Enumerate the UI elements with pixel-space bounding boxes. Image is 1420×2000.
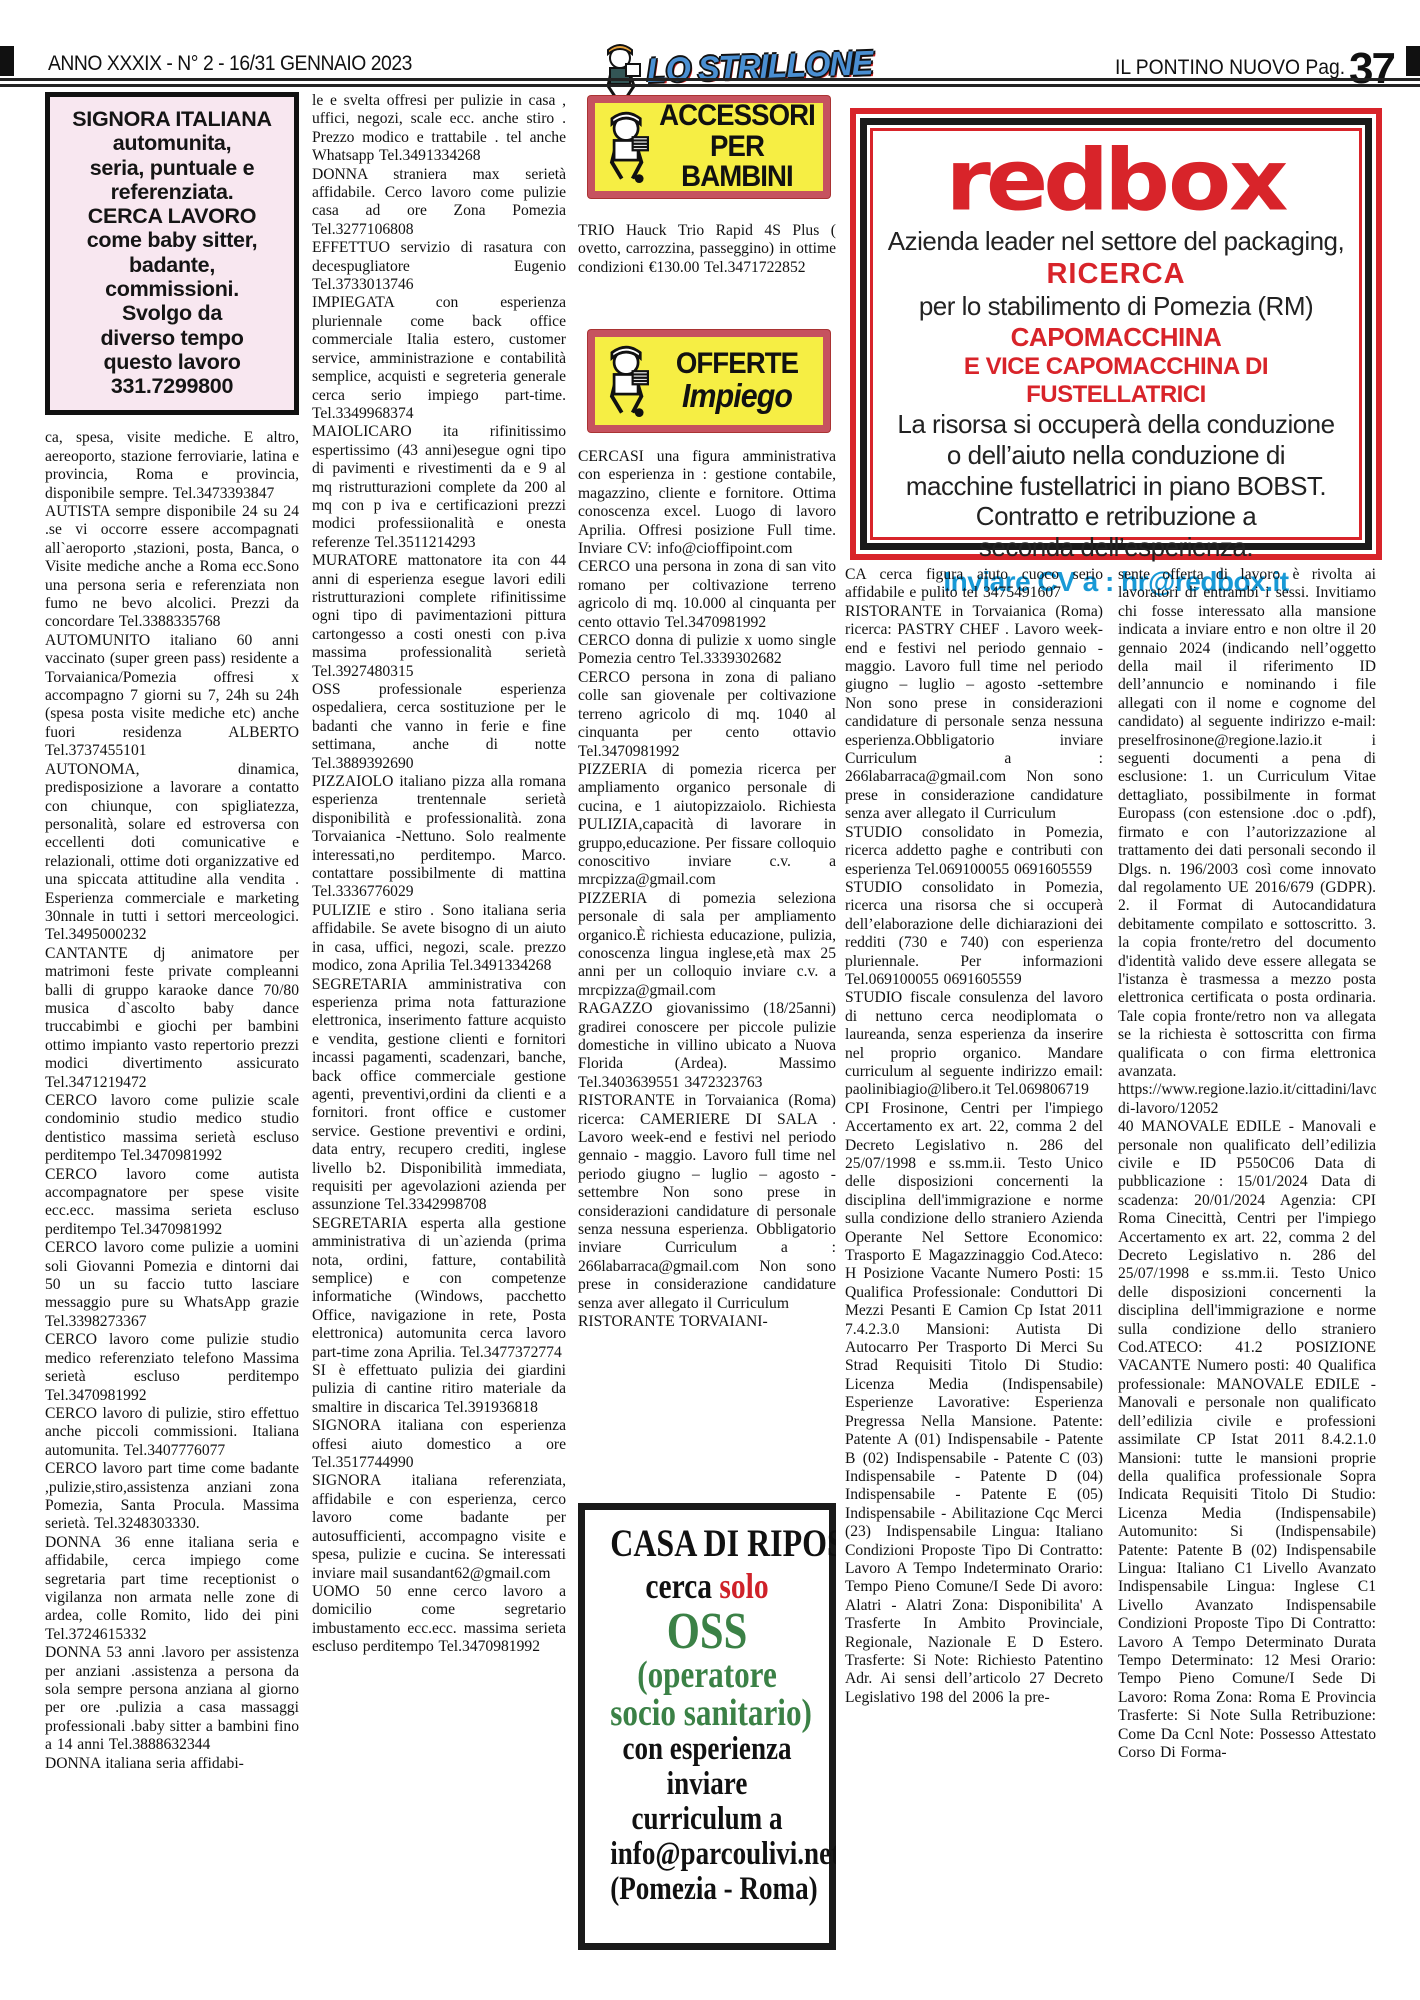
masthead-label: IL PONTINO NUOVO Pag. (1115, 56, 1345, 80)
casa-ad-line: info@parcoulivi.net (610, 1837, 804, 1872)
classified-ad: CERCO una persona in zona di san vito ro… (578, 558, 836, 632)
redbox-intro: Azienda leader nel settore del packaging… (873, 226, 1359, 257)
redbox-logo: redbox (873, 140, 1359, 220)
classified-ad: CERCO lavoro come pulizie studio medico … (45, 1331, 299, 1405)
casa-ad-line: curriculum a (610, 1802, 804, 1837)
casa-oss: OSS (610, 1607, 804, 1656)
classified-ad: AUTONOMA, dinamica, predisposizione a la… (45, 761, 299, 945)
classified-ad: RISTORANTE in Torvaianica (Roma) ricerca… (578, 1092, 836, 1313)
accessori-line-2: PER BAMBINI (658, 132, 816, 194)
classified-ad: IMPIEGATA con esperienza pluriennale com… (312, 294, 566, 423)
classified-ad: DONNA 53 anni .lavoro per assistenza per… (45, 1644, 299, 1754)
classified-ad: SEGRETARIA amministrativa con esperienza… (312, 976, 566, 1215)
column-3-ads: CERCASI una figura amministrativa con es… (578, 448, 836, 1503)
classified-ad: CERCO lavoro part time come badante ,pul… (45, 1460, 299, 1534)
classified-ad: MAIOLICARO ita rifinitissimo espertissim… (312, 423, 566, 552)
classified-ad: CA cerca figura aiuto cuoco serio affida… (845, 566, 1103, 603)
redbox-location: per lo stabilimento di Pomezia (RM) (873, 291, 1359, 322)
signora-italiana-boxed-ad: SIGNORA ITALIANAautomunita,seria, puntua… (45, 92, 299, 415)
classified-ad: SEGRETARIA esperta alla gestione amminis… (312, 1215, 566, 1362)
redbox-description-line: o dell’aiuto nella conduzione di (873, 440, 1359, 471)
classified-ad: SI è effettuato pulizia dei giardini pul… (312, 1362, 566, 1417)
header-rule (0, 78, 1420, 87)
column-5: sente offerta di lavoro è rivolta ai lav… (1118, 566, 1376, 1916)
classified-ad: ca, spesa, visite mediche. E altro, aere… (45, 429, 299, 503)
signora-ad-line: questo lavoro (56, 350, 288, 374)
classified-ad: UOMO 50 enne cerco lavoro a domicilio co… (312, 1583, 566, 1657)
registration-mark-right (1406, 46, 1420, 76)
signora-ad-line: SIGNORA ITALIANA (56, 107, 288, 131)
classified-ad: RAGAZZO giovanissimo (18/25anni) gradire… (578, 1000, 836, 1092)
casa-ad-line: inviare (610, 1767, 804, 1802)
classified-ad: SIGNORA italiana referenziata, affidabil… (312, 1472, 566, 1582)
redbox-description-line: La risorsa si occuperà della conduzione (873, 409, 1359, 440)
signora-ad-line: seria, puntuale e (56, 156, 288, 180)
casa-black-lines: con esperienzainviarecurriculum ainfo@pa… (589, 1732, 825, 1907)
classified-ad: le e svelta offresi per pulizie in casa … (312, 92, 566, 166)
classified-ad: PULIZIE e stiro . Sono italiana seria af… (312, 902, 566, 976)
classified-ad: CERCO donna di pulizie x uomo single Pom… (578, 632, 836, 669)
newsboy-icon (599, 111, 651, 183)
column-1-ads: ca, spesa, visite mediche. E altro, aere… (45, 429, 299, 1773)
offerte-line-2: Impiego (658, 379, 816, 413)
casa-cerca-solo: cerca solo (610, 1565, 804, 1607)
column-2-ads: le e svelta offresi per pulizie in casa … (312, 92, 566, 1657)
classified-ad: CERCASI una figura amministrativa con es… (578, 448, 836, 558)
redbox-description: La risorsa si occuperà della conduzioneo… (873, 409, 1359, 562)
classified-ad: MURATORE mattonatore ita con 44 anni di … (312, 552, 566, 681)
signora-ad-line: 331.7299800 (56, 374, 288, 398)
classified-ad: DONNA italiana seria affidabi- (45, 1755, 299, 1773)
column-4: CA cerca figura aiuto cuoco serio affida… (845, 566, 1103, 1911)
classified-ad: SIGNORA italiana con esperienza offesi a… (312, 1417, 566, 1472)
accessori-ads: TRIO Hauck Trio Rapid 4S Plus ( ovetto, … (578, 214, 836, 326)
classified-ad: AUTOMUNITO italiano 60 anni vaccinato (s… (45, 632, 299, 761)
classified-ad: 40 MANOVALE EDILE - Manovali e personale… (1118, 1118, 1376, 1762)
classified-ad: CERCO persona in zona di paliano colle s… (578, 669, 836, 761)
classified-ad: CANTANTE dj animatore per matrimoni fest… (45, 945, 299, 1092)
signora-ad-line: badante, (56, 253, 288, 277)
redbox-description-line: macchine fustellatrici in piano BOBST. (873, 471, 1359, 502)
classified-ad: STUDIO consolidato in Pomezia, ricerca a… (845, 824, 1103, 879)
casa-title: CASA DI RIPOSO (610, 1524, 804, 1565)
classified-ad: RISTORANTE in Torvaianica (Roma) ricerca… (845, 603, 1103, 824)
signora-ad-line: Svolgo da (56, 301, 288, 325)
classified-ad: CERCO lavoro come autista accompagnatore… (45, 1166, 299, 1240)
classified-ad: CPI Frosinone, Centri per l'impiego Acce… (845, 1100, 1103, 1707)
newsboy-icon (599, 345, 651, 417)
accessori-per-bambini-header: ACCESSORI PER BAMBINI (588, 96, 830, 198)
casa-socio-sanitario: socio sanitario) (610, 1694, 804, 1732)
classified-ad: TRIO Hauck Trio Rapid 4S Plus ( ovetto, … (578, 222, 836, 277)
classified-ad: DONNA 36 enne italiana seria e affidabil… (45, 1534, 299, 1644)
registration-mark-left (0, 46, 14, 76)
signora-ad-line: referenziata. (56, 180, 288, 204)
classified-ad: PIZZERIA di pomezia ricerca per ampliame… (578, 761, 836, 890)
classified-ad: OSS professionale esperienza ospedaliera… (312, 681, 566, 773)
newspaper-page: ANNO XXXIX - N° 2 - 16/31 GENNAIO 2023 L… (0, 0, 1420, 2000)
column-3: ACCESSORI PER BAMBINI TRIO Hauck Trio Ra… (578, 92, 836, 1972)
classified-ad: PIZZERIA di pomezia seleziona personale … (578, 890, 836, 1000)
casa-di-riposo-boxed-ad: CASA DI RIPOSO cerca solo OSS (operatore… (578, 1503, 836, 1950)
classified-ad: RISTORANTE TORVAIANI- (578, 1313, 836, 1331)
classified-ad: AUTISTA sempre disponibile 24 su 24 .se … (45, 503, 299, 632)
column-4-ads: CA cerca figura aiuto cuoco serio affida… (845, 566, 1103, 1707)
offerte-line-1: OFFERTE (658, 349, 816, 380)
issue-date: ANNO XXXIX - N° 2 - 16/31 GENNAIO 2023 (48, 52, 412, 76)
redbox-description-line: Contratto e retribuzione a (873, 501, 1359, 532)
offerte-impiego-header: OFFERTE Impiego (588, 330, 830, 432)
signora-ad-line: diverso tempo (56, 326, 288, 350)
classified-ad: CERCO lavoro come pulizie scale condomin… (45, 1092, 299, 1166)
classified-ad: CERCO lavoro come pulizie a uomini soli … (45, 1239, 299, 1331)
classified-ad: DONNA straniera max serietà affidabile. … (312, 166, 566, 240)
signora-ad-line: CERCA LAVORO (56, 204, 288, 228)
classified-ad: EFFETTUO servizio di rasatura con decesp… (312, 239, 566, 294)
classified-ad: STUDIO fiscale consulenza del lavoro di … (845, 989, 1103, 1099)
redbox-role-1: CAPOMACCHINA (873, 322, 1359, 353)
casa-ad-line: (Pomezia - Roma) (610, 1872, 804, 1907)
column-5-ads: sente offerta di lavoro è rivolta ai lav… (1118, 566, 1376, 1762)
column-2: le e svelta offresi per pulizie in casa … (312, 92, 566, 1922)
redbox-role-2: E VICE CAPOMACCHINA DI FUSTELLATRICI (873, 353, 1359, 410)
redbox-ricerca: RICERCA (873, 257, 1359, 291)
accessori-line-1: ACCESSORI (658, 101, 816, 132)
signora-ad-line: commissioni. (56, 277, 288, 301)
signora-ad-line: come baby sitter, (56, 228, 288, 252)
classified-ad: PIZZAIOLO italiano pizza alla romana esp… (312, 773, 566, 902)
classified-ad: CERCO lavoro di pulizie, stiro effettuo … (45, 1405, 299, 1460)
classified-ad: sente offerta di lavoro è rivolta ai lav… (1118, 566, 1376, 1118)
column-1: SIGNORA ITALIANAautomunita,seria, puntua… (45, 92, 299, 1982)
redbox-job-ad: redbox Azienda leader nel settore del pa… (850, 108, 1382, 560)
signora-ad-line: automunita, (56, 131, 288, 155)
casa-ad-line: con esperienza (610, 1732, 804, 1767)
casa-operatore: (operatore (610, 1656, 804, 1694)
classified-ad: STUDIO consolidato in Pomezia, ricerca u… (845, 879, 1103, 989)
redbox-description-line: seconda dell’esperienza. (873, 532, 1359, 563)
